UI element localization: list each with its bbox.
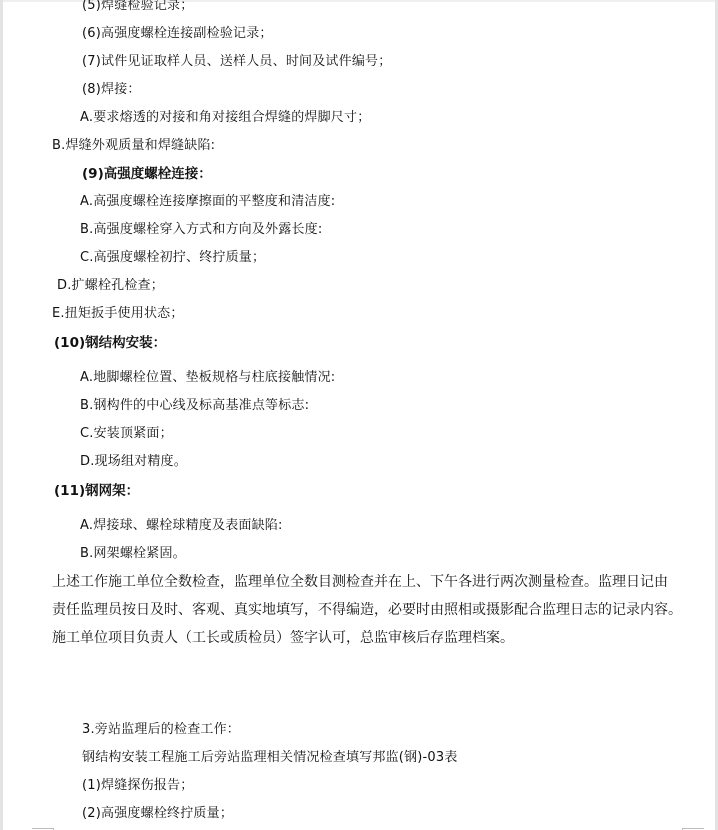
text-line-bolt-connection-record: (6)高强度螺栓连接副检验记录；: [82, 26, 273, 42]
crop-mark-bottom-right-h: [682, 828, 704, 829]
section-heading-bolt-connection: (9)高强度螺栓连接：: [82, 166, 212, 182]
paragraph-line-3: 施工单位项目负责人（工长或质检员）签字认可，总监审核后存监理档案。: [52, 630, 514, 646]
paragraph-line-2: 责任监理员按日及时、客观、真实地填写，不得编造，必要时由照相或摄影配合监理日志的…: [52, 602, 682, 618]
document-page: (5)焊缝检验记录； (6)高强度螺栓连接副检验记录； (7)试件见证取样人员、…: [0, 0, 718, 830]
text-line-witness-sampling: (7)试件见证取样人员、送样人员、时间及试件编号；: [82, 54, 391, 70]
text-line-weld-a: A.要求熔透的对接和角对接组合焊缝的焊脚尺寸；: [80, 110, 370, 126]
text-line-install-d: D.现场组对精度。: [80, 454, 187, 470]
text-line-form-reference: 钢结构安装工程施工后旁站监理相关情况检查填写邦监(钢)-03表: [82, 750, 458, 766]
text-line-install-a: A.地脚螺栓位置、垫板规格与柱底接触情况:: [80, 370, 335, 386]
text-line-grid-b: B.网架螺栓紧固。: [80, 546, 186, 562]
section-heading-post-inspection: 3.旁站监理后的检查工作：: [82, 722, 240, 738]
text-line-weld-inspection-record: (5)焊缝检验记录；: [82, 0, 193, 14]
text-line-bolt-c: C.高强度螺栓初拧、终拧质量；: [80, 250, 265, 266]
paragraph-line-1: 上述工作施工单位全数检查，监理单位全数目测检查并在上、下午各进行两次测量检查。监…: [52, 574, 668, 590]
text-line-install-c: C.安装顶紧面；: [80, 426, 173, 442]
text-line-bolt-b: B.高强度螺栓穿入方式和方向及外露长度:: [80, 222, 322, 238]
section-heading-steel-installation: (10)钢结构安装：: [54, 335, 166, 351]
crop-mark-bottom-left-h: [32, 828, 54, 829]
text-line-weld-b: B.焊缝外观质量和焊缝缺陷:: [52, 138, 215, 154]
text-line-grid-a: A.焊接球、螺栓球精度及表面缺陷:: [80, 518, 283, 534]
text-line-bolt-d: D.扩螺栓孔检查；: [57, 278, 164, 294]
text-line-bolt-a: A.高强度螺栓连接摩擦面的平整度和清洁度:: [80, 194, 335, 210]
text-line-install-b: B.钢构件的中心线及标高基准点等标志:: [80, 398, 309, 414]
text-line-flaw-report: (1)焊缝探伤报告；: [82, 778, 193, 794]
text-line-bolt-e: E.扭矩扳手使用状态；: [52, 306, 184, 322]
section-heading-steel-grid: (11)钢网架：: [54, 483, 139, 499]
text-line-welding-heading: (8)焊接：: [82, 82, 141, 98]
text-line-final-tightening: (2)高强度螺栓终拧质量；: [82, 806, 233, 822]
